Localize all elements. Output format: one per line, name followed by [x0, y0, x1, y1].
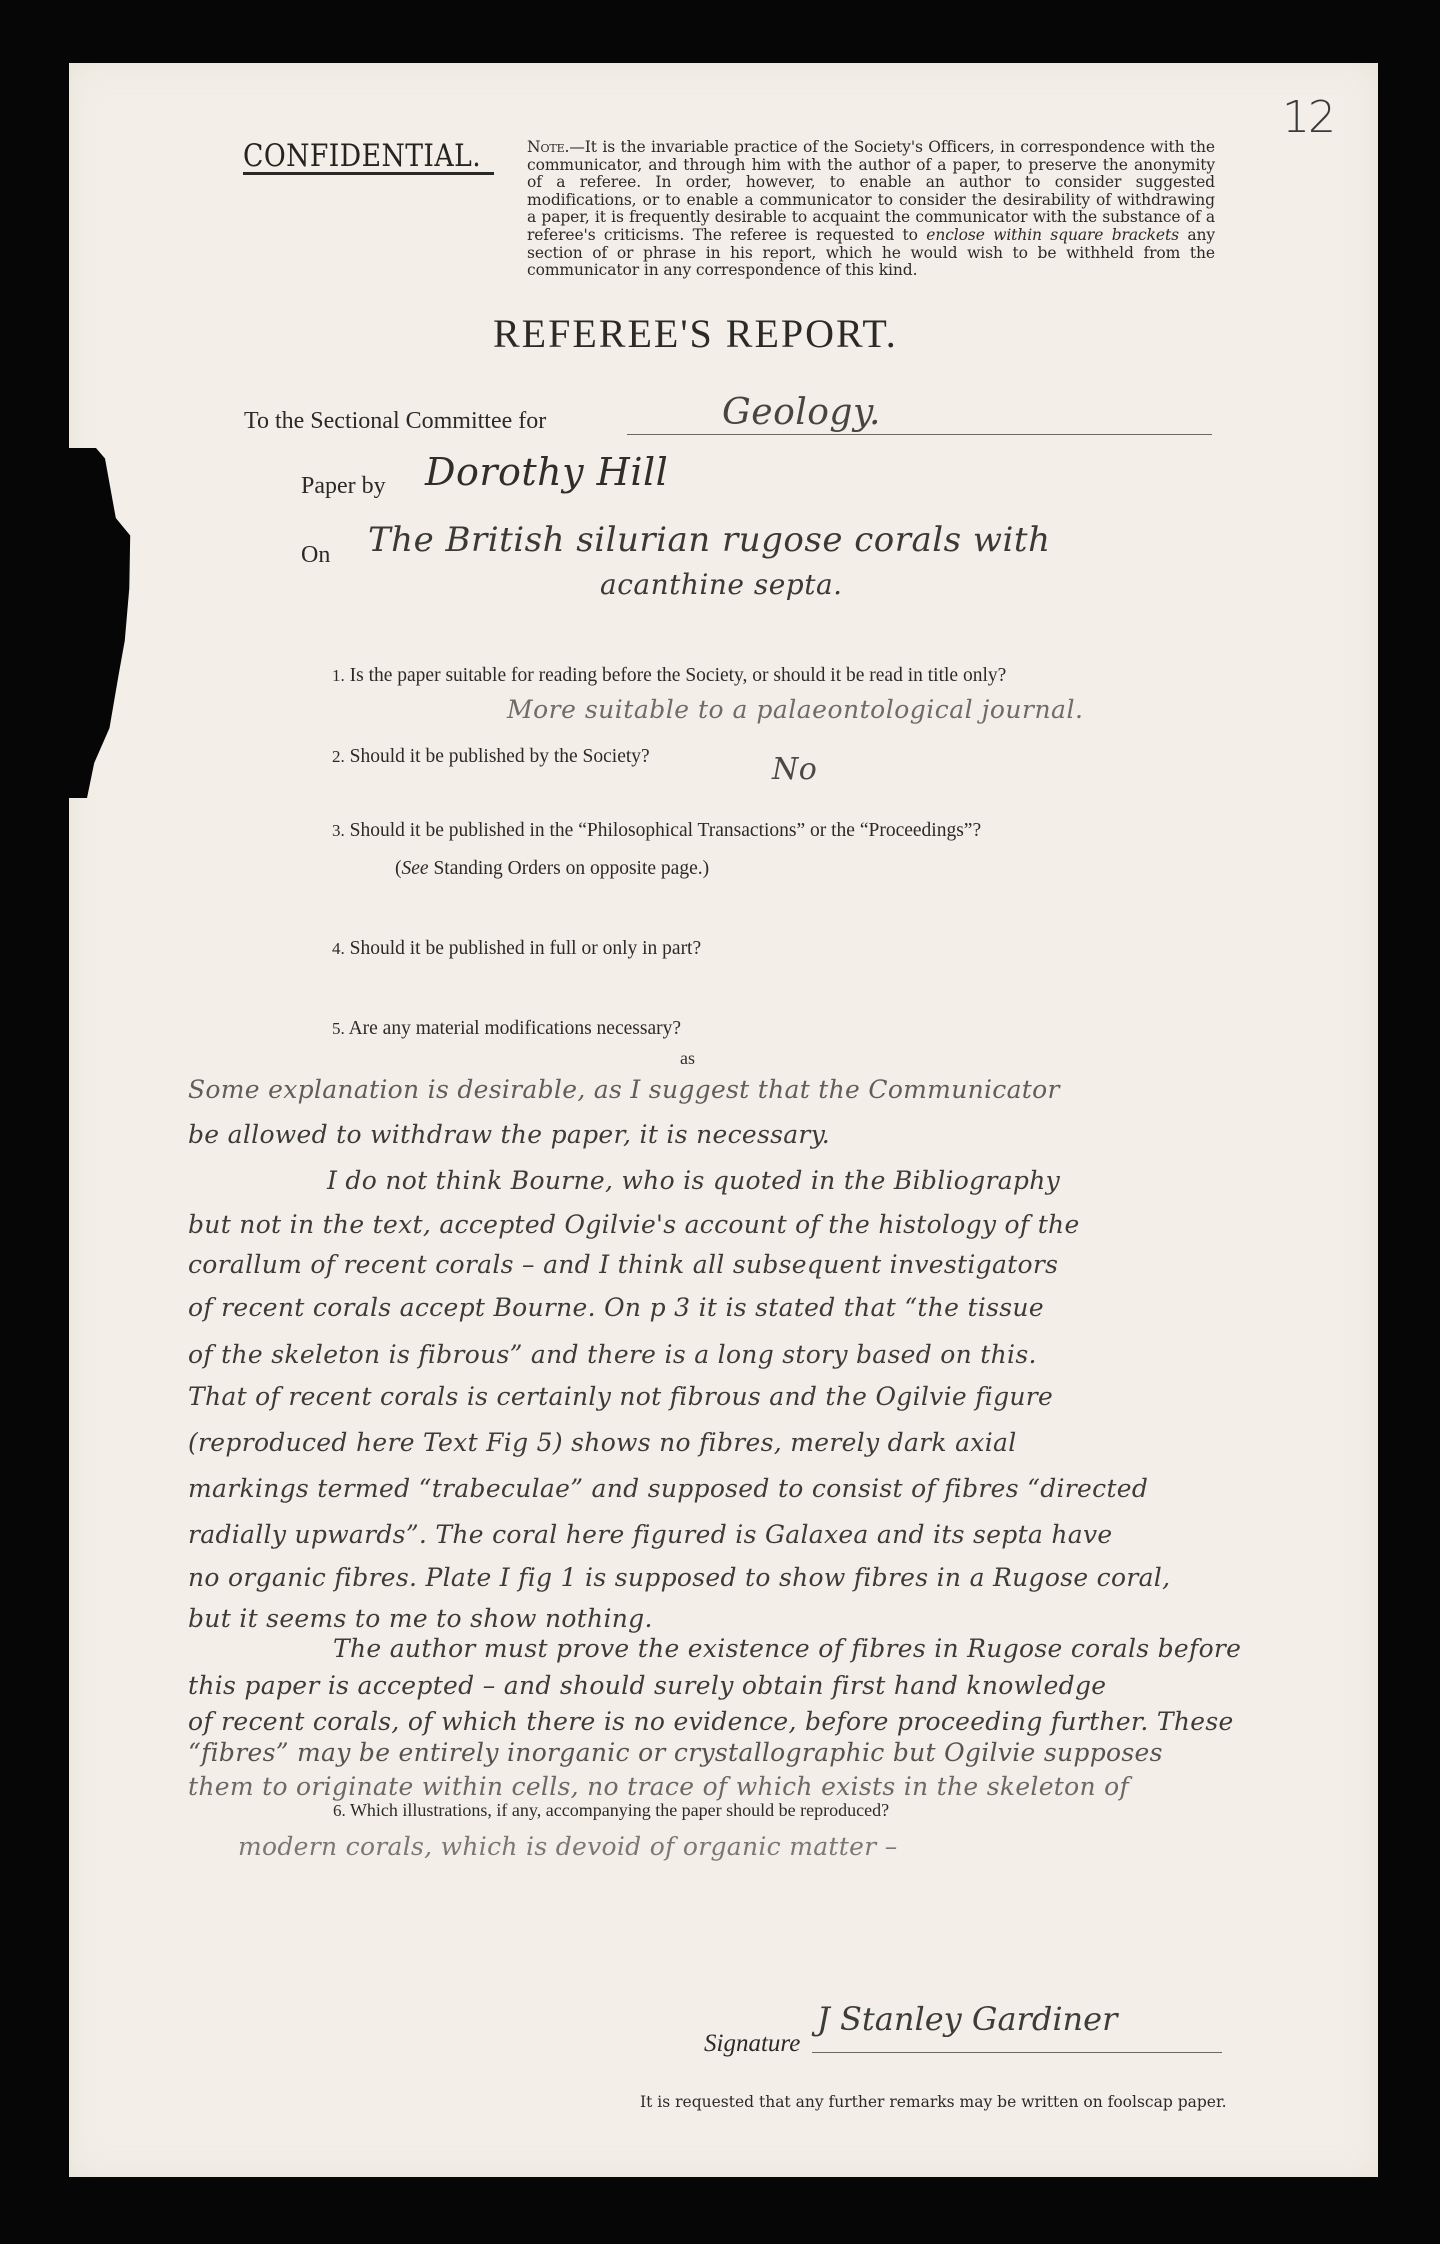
question-6: 6. Which illustrations, if any, accompan…	[333, 1800, 889, 1821]
committee-value: Geology.	[722, 392, 881, 433]
question-5: 5. Are any material modifications necess…	[332, 1018, 681, 1040]
question-2: 2. Should it be published by the Society…	[332, 746, 650, 768]
signature-label: Signature	[704, 2030, 800, 2058]
remark-line: radially upwards”. The coral here figure…	[188, 1520, 1113, 1549]
signature-value: J Stanley Gardiner	[817, 2000, 1117, 2038]
remark-line: no organic fibres. Plate I fig 1 is supp…	[188, 1563, 1170, 1592]
question-3: 3. Should it be published in the “Philos…	[332, 820, 981, 842]
question-4: 4. Should it be published in full or onl…	[332, 938, 701, 960]
remark-line: modern corals, which is devoid of organi…	[238, 1832, 898, 1861]
paper-title-line-2: acanthine septa.	[600, 568, 843, 601]
signature-line	[812, 2052, 1222, 2053]
insertion-mark: as	[680, 1048, 695, 1069]
remark-line: markings termed “trabeculae” and suppose…	[188, 1474, 1148, 1503]
answer-1: More suitable to a palaeontological jour…	[507, 695, 1083, 724]
paper-by-label: Paper by	[301, 473, 386, 500]
remark-line: this paper is accepted – and should sure…	[188, 1671, 1106, 1700]
page-number: 12	[1282, 92, 1334, 143]
remark-line: be allowed to withdraw the paper, it is …	[188, 1120, 830, 1149]
paper-by-value: Dorothy Hill	[425, 450, 668, 494]
remark-line: but it seems to me to show nothing.	[188, 1604, 653, 1633]
remark-line: of the skeleton is fibrous” and there is…	[188, 1340, 1037, 1369]
remark-line: corallum of recent corals – and I think …	[188, 1250, 1058, 1279]
remark-line: I do not think Bourne, who is quoted in …	[327, 1166, 1060, 1195]
committee-field-line	[627, 434, 1212, 435]
answer-2: No	[772, 752, 817, 787]
remark-line: of recent corals accept Bourne. On p 3 i…	[188, 1293, 1044, 1322]
question-3-subnote: (See Standing Orders on opposite page.)	[395, 858, 709, 880]
remark-line: of recent corals, of which there is no e…	[188, 1707, 1234, 1736]
question-1: 1. Is the paper suitable for reading bef…	[332, 665, 1006, 687]
note-italic: enclose within square brackets	[926, 226, 1179, 244]
remark-line: The author must prove the existence of f…	[333, 1634, 1241, 1663]
remark-line: “fibres” may be entirely inorganic or cr…	[188, 1738, 1163, 1767]
remark-line: Some explanation is desirable, as I sugg…	[188, 1075, 1060, 1104]
paper-title-line-1: The British silurian rugose corals with	[368, 520, 1050, 560]
page-title: REFEREE'S REPORT.	[493, 310, 898, 357]
on-label: On	[301, 542, 330, 569]
note-first-line: Note.—It is the invariable practice of t…	[317, 139, 1215, 280]
committee-label: To the Sectional Committee for	[244, 408, 546, 435]
remark-line: but not in the text, accepted Ogilvie's …	[188, 1210, 1080, 1239]
footer-note: It is requested that any further remarks…	[640, 2093, 1227, 2111]
remark-line: them to originate within cells, no trace…	[188, 1772, 1129, 1801]
remark-line: That of recent corals is certainly not f…	[188, 1382, 1053, 1411]
confidentiality-note: Note.—It is the invariable practice of t…	[317, 139, 1215, 280]
remark-line: (reproduced here Text Fig 5) shows no fi…	[188, 1428, 1017, 1457]
note-label: Note.	[527, 138, 569, 156]
